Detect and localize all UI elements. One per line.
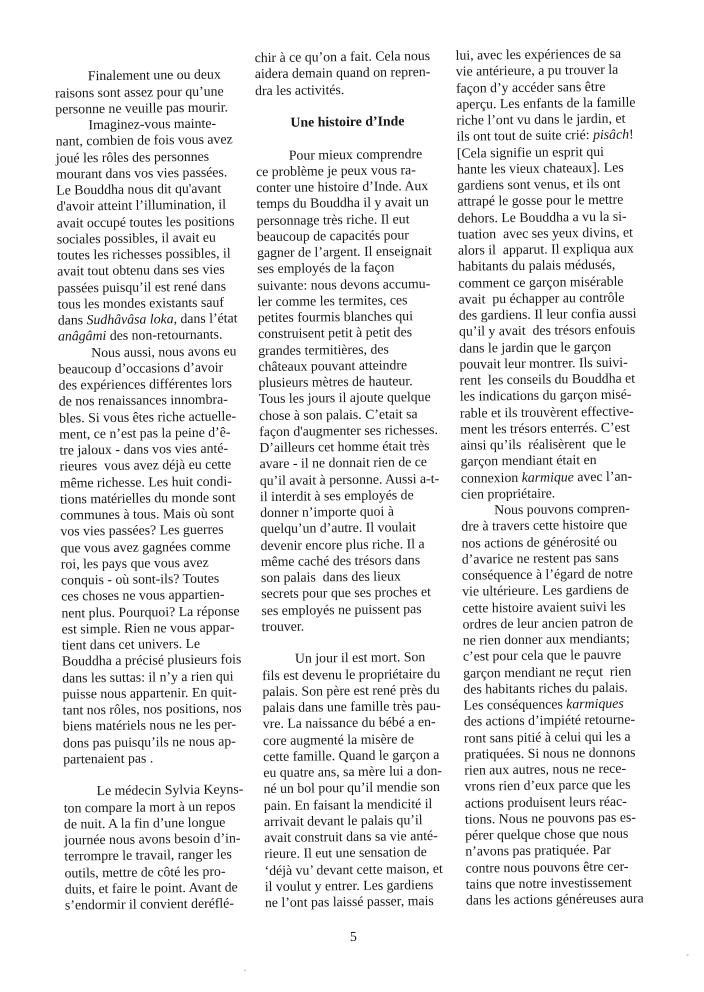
- text-line: ses employés ne puissent pas: [261, 600, 445, 618]
- page-number: 5: [343, 929, 363, 945]
- column-middle: chir à ce qu’on a fait. Cela nousaidera …: [255, 48, 450, 911]
- text-line: avare - il ne donnait rien de ce: [260, 454, 444, 472]
- text-line: même richesse. Les huit condi-: [60, 473, 244, 491]
- paragraph-first-line: Un jour il est mort. Son: [262, 649, 446, 667]
- text-line: suivante: nous devons accumu-: [257, 275, 441, 293]
- text-segment: !: [629, 127, 634, 142]
- text-line: secrets pour que ses proches et: [261, 584, 445, 602]
- text-line: vre. La naissance du bébé a en-: [263, 714, 447, 732]
- text-line: temps du Bouddha il y avait un: [256, 194, 440, 212]
- text-line: vie antérieure, a pu trouver la: [456, 62, 640, 80]
- text-line: d'avoir atteint l’illumination, il: [56, 197, 240, 215]
- italic-term: karmiques: [566, 696, 624, 712]
- text-line: avait occupé toutes les positions: [57, 213, 241, 231]
- text-line: ces choses ne vous appartien-: [61, 587, 245, 605]
- scan-speck: [687, 954, 689, 956]
- text-line: ils ont tout de suite crié: pisâch!: [457, 127, 641, 145]
- paragraph-first-line: Le médecin Sylvia Keyns-: [63, 782, 247, 800]
- text-line: comment ce garçon misérable: [458, 273, 642, 291]
- text-line: rable et ils trouvèrent effective-: [460, 403, 644, 421]
- italic-term: anâgâmi: [58, 328, 106, 344]
- italic-term: karmique: [522, 469, 574, 485]
- text-line: ainsi qu’ils réalisèrent que le: [460, 435, 644, 453]
- text-line: dans les actions généreuses aura: [466, 890, 650, 908]
- scan-speck: [244, 969, 246, 971]
- text-line: dre à travers cette histoire que: [461, 517, 645, 535]
- text-segment: connexion: [461, 469, 522, 485]
- text-line: vos vies passées? Les guerres: [60, 522, 244, 540]
- column-right: lui, avec les expériences de savie antér…: [456, 45, 651, 908]
- text-line: cette histoire avaient suivi les: [462, 598, 646, 616]
- text-line: devenir encore plus riche. Il a: [261, 535, 445, 553]
- text-line: vrons rien d’eux parce que les: [464, 777, 648, 795]
- text-segment: dans l’état: [177, 310, 238, 326]
- text-line: habitants du palais médusés,: [458, 257, 642, 275]
- text-line: contre nous pouvons être cer-: [465, 858, 649, 876]
- text-line: outils, mettre de côté les pro-: [64, 863, 248, 881]
- text-line: est simple. Rien ne vous appar-: [62, 619, 246, 637]
- text-line: terrompre le travail, ranger les: [64, 847, 248, 865]
- text-line: connexion karmique avec l’an-: [461, 468, 645, 486]
- text-line: garçon mendiant ne reçut rien: [463, 663, 647, 681]
- column-left: Finalement une ou deuxraisons sont assez…: [55, 50, 250, 913]
- text-line: dehors. Le Bouddha a vu la si-: [458, 208, 642, 226]
- paragraph-first-line: Finalement une ou deux: [55, 67, 239, 85]
- text-line: vie ultérieure. Les gardiens de: [462, 582, 646, 600]
- text-line: ‘déjà vu’ devant cette maison, et: [264, 860, 448, 878]
- text-segment: ils ont tout de suite crié:: [457, 127, 594, 144]
- text-line: né un bol pour qu’il mendie son: [263, 779, 447, 797]
- paragraph-first-line: Pour mieux comprendre: [256, 145, 440, 163]
- text-line: des actions d’impiété retourne-: [464, 712, 648, 730]
- text-line: pain. En faisant la mendicité il: [264, 795, 448, 813]
- paragraph-first-line: Nous aussi, nous avons eu: [58, 343, 242, 361]
- text-segment: dans: [58, 312, 87, 327]
- text-line: nant, combien de fois vous avez: [56, 132, 240, 150]
- text-line: raisons sont assez pour qu’une: [55, 83, 239, 101]
- text-line: c’est pour cela que le pauvre: [463, 647, 647, 665]
- text-line: Bouddha a précisé plusieurs fois: [62, 652, 246, 670]
- text-line: ne l’ont pas laissé passer, mais: [265, 893, 449, 911]
- text-segment: des non-retournants.: [106, 327, 222, 343]
- italic-term: pisâch: [593, 127, 629, 142]
- text-line: anâgâmi des non-retournants.: [58, 327, 242, 345]
- text-line: passées puisqu’il est rené dans: [57, 278, 241, 296]
- text-line: qu’il avait à personne. Aussi a-t-: [260, 470, 444, 488]
- text-line: rieure. Il eut une sensation de: [264, 844, 448, 862]
- text-line: aidera demain quand on repren-: [255, 64, 439, 82]
- text-line: s’endormir il convient deréflé-: [65, 895, 249, 913]
- text-line: ront sans pitié à celui qui les a: [464, 728, 648, 746]
- text-segment: avec l’an-: [574, 468, 632, 484]
- text-line: même caché des trésors dans: [261, 552, 445, 570]
- text-line: actions produisent leurs réac-: [465, 793, 649, 811]
- text-line: Tous les jours il ajoute quelque: [259, 389, 443, 407]
- text-line: nent plus. Pourquoi? La réponse: [61, 603, 245, 621]
- text-line: pérer quelque chose que nous: [465, 825, 649, 843]
- text-segment: Les conséquences: [463, 696, 566, 712]
- text-line: dons pas puisqu’ils ne nous ap-: [63, 733, 247, 751]
- text-line: qu’il y avait des trésors enfouis: [459, 322, 643, 340]
- text-line: les indications du garçon misé-: [460, 387, 644, 405]
- text-line: rieures vous avez déjà eu cette: [60, 457, 244, 475]
- text-line: que vous avez gagnées comme: [61, 538, 245, 556]
- text-line: de nos renaissances innombra-: [59, 392, 243, 410]
- text-line: avait tout obtenu dans ses vies: [57, 262, 241, 280]
- text-line: fils est devenu le propriétaire du: [262, 665, 446, 683]
- text-line: bles. Si vous êtes riche actuelle-: [59, 408, 243, 426]
- document-page: Finalement une ou deuxraisons sont assez…: [0, 0, 704, 992]
- text-line: chose à son palais. C’etait sa: [259, 405, 443, 423]
- text-line: biens matériels nous ne les per-: [63, 717, 247, 735]
- text-line: dans les suttas: il n’y a rien qui: [62, 668, 246, 686]
- italic-term: Sudhâvâsa loka,: [86, 311, 177, 327]
- text-line: gagner de l’argent. Il enseignait: [257, 243, 441, 261]
- text-line: ton compare la mort à un repos: [64, 798, 248, 816]
- text-line: attrapé le gosse pour le mettre: [457, 192, 641, 210]
